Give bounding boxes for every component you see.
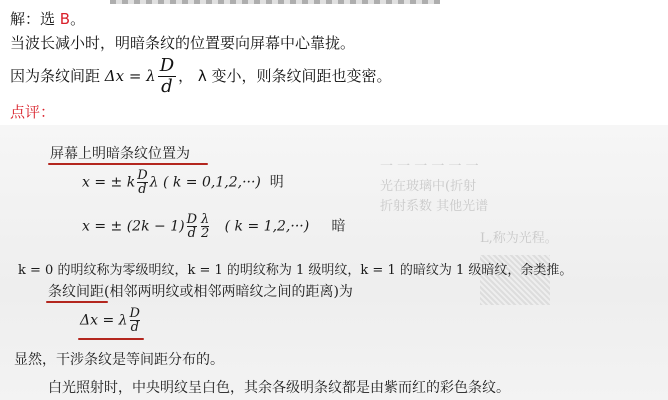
formula-part: x = ± k	[82, 175, 135, 191]
line2-prefix: 因为条纹间距	[10, 67, 105, 85]
screen-positions-heading: 屏幕上明暗条纹位置为	[50, 143, 190, 163]
spacing-formula: Δx = λDd	[80, 307, 142, 334]
bleed-through-text: 光在玻璃中(折射	[380, 175, 476, 194]
fraction-numerator: D	[158, 56, 176, 77]
comment-label: 点评：	[10, 101, 55, 122]
fraction-denominator: d	[137, 183, 147, 196]
fringe-order-text: k = 0 的明纹称为零级明纹，k = 1 的明纹称为 1 级明纹，k = 1 …	[18, 259, 572, 278]
fraction-D-over-d: Dd	[137, 169, 147, 196]
fraction-denominator: 2	[201, 227, 209, 240]
explanation-line-2: 因为条纹间距 Δx = λDd， λ 变小，则条纹间距也变密。	[10, 56, 392, 97]
bright-fringe-formula: x = ± kDdλ ( k = 0,1,2,···) 明	[82, 169, 284, 196]
explanation-line-1: 当波长减小时，明暗条纹的位置要向屏幕中心靠拢。	[10, 32, 355, 53]
spacing-formula-lhs: Δx = λ	[105, 67, 156, 85]
dark-fringe-formula: x = ± (2k − 1)Ddλ2 ( k = 1,2,···) 暗	[82, 213, 345, 240]
fraction-numerator: D	[187, 213, 197, 227]
fraction-denominator: d	[187, 227, 197, 240]
fraction-numerator: D	[130, 307, 140, 321]
cropped-text-strip	[110, 0, 440, 4]
fraction-numerator: D	[137, 169, 147, 183]
red-underline	[78, 338, 144, 340]
line2-suffix: ， λ 变小，则条纹间距也变密。	[178, 67, 391, 85]
fraction-denominator: d	[158, 77, 176, 97]
fraction-numerator: λ	[201, 213, 209, 227]
red-underline	[46, 301, 108, 303]
fraction-D-over-d: Dd	[187, 213, 197, 240]
bleed-through-text: 折射系数 其他光谱	[380, 195, 488, 214]
answer-suffix: 。	[70, 10, 85, 28]
bleed-through-text: L,称为光程。	[480, 227, 558, 246]
fraction-denominator: d	[130, 321, 140, 334]
dark-label: 暗	[331, 219, 345, 235]
formula-part: Δx = λ	[80, 313, 128, 329]
answer-prefix: 解：选	[10, 10, 60, 28]
formula-part: ( k = 1,2,···)	[225, 219, 310, 235]
bleed-through-text: 一 一 一 一 一 一	[380, 155, 479, 174]
spacing-heading: 条纹间距(相邻两明纹或相邻两暗纹之间的距离)为	[48, 281, 353, 301]
formula-part: x = ± (2k − 1)	[82, 219, 185, 235]
bright-label: 明	[270, 175, 284, 191]
white-light-text: 白光照射时，中央明纹呈白色，其余各级明条纹都是由紫而红的彩色条纹。	[48, 377, 510, 397]
fraction-lambda-over-2: λ2	[201, 213, 209, 240]
fraction-D-over-d: Dd	[158, 56, 176, 97]
answer-line: 解：选 B。	[10, 8, 85, 29]
equal-spacing-text: 显然，干涉条纹是等间距分布的。	[14, 349, 224, 369]
scanned-textbook-excerpt: 一 一 一 一 一 一 光在玻璃中(折射 折射系数 其他光谱 L,称为光程。 屏…	[0, 125, 668, 400]
red-underline	[48, 163, 208, 165]
formula-part: λ ( k = 0,1,2,···)	[150, 175, 261, 191]
answer-choice: B	[60, 10, 70, 28]
fraction-D-over-d: Dd	[130, 307, 140, 334]
